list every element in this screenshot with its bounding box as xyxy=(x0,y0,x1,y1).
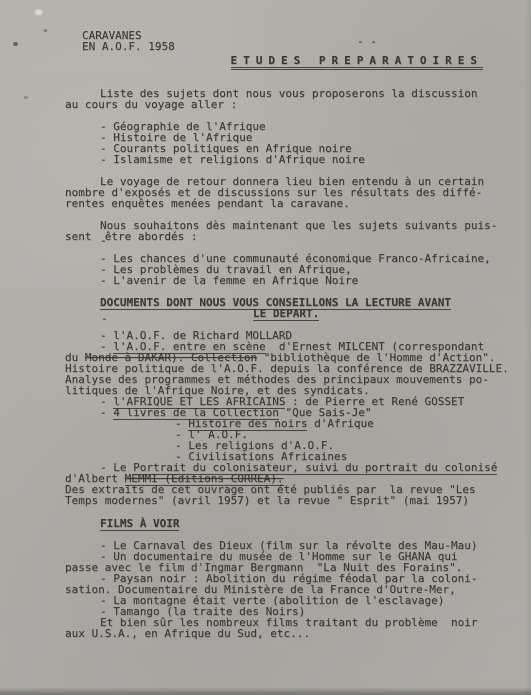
documents-list: - l'A.O.F. de Richard MOLLARD - l'A.O.F.… xyxy=(65,330,491,506)
films-list: - Le Carnaval des Dieux (film sur la rév… xyxy=(65,540,491,639)
doc-title-block: CARAVANES EN A.O.F. 1958 xyxy=(82,30,491,52)
wish-paragraph: Nous souhaitons dès maintenant que les s… xyxy=(65,220,491,242)
document-content: CARAVANES EN A.O.F. 1958 ETUDES PREPARAT… xyxy=(0,0,531,695)
documents-section: DOCUMENTS DONT NOUS VOUS CONSEILLONS LA … xyxy=(65,297,491,319)
doc-title-line2: EN A.O.F. 1958 xyxy=(82,41,491,52)
paper-edge-shade xyxy=(525,0,531,695)
document-page: - - - - CARAVANES EN A.O.F. 1958 ETUDES … xyxy=(0,0,531,695)
main-heading-block: ETUDES PREPARATOIRES xyxy=(65,55,491,74)
wish-list: - Les chances d'une communauté économiqu… xyxy=(65,253,491,286)
intro-paragraph: Liste des sujets dont nous vous proposer… xyxy=(65,88,491,110)
item-text: d'Afrique xyxy=(307,417,373,430)
section-heading-text: FILMS À VOIR xyxy=(100,517,179,531)
section-heading-text: LE DEPART. xyxy=(253,307,319,321)
item-text: - xyxy=(100,406,113,419)
films-section: FILMS À VOIR xyxy=(65,518,491,529)
return-paragraph: Le voyage de retour donnera lieu bien en… xyxy=(65,176,491,209)
paper-bottom-shadow xyxy=(0,687,531,695)
paragraph-line: rentes enquêtes menées pendant la carava… xyxy=(65,198,491,209)
paragraph-line: sent être abordés : xyxy=(65,231,491,242)
subject-list: - Géographie de l'Afrique - Histoire de … xyxy=(65,121,491,165)
section-heading-films: FILMS À VOIR xyxy=(100,518,491,529)
list-item: - Islamisme et religions d'Afrique noire xyxy=(100,154,491,165)
closing-line: aux U.S.A., en Afrique du Sud, etc... xyxy=(65,628,491,639)
main-heading: ETUDES PREPARATOIRES xyxy=(231,55,483,70)
list-item: - L'avenir de la femme en Afrique Noire xyxy=(100,275,491,286)
note-line: Temps modernes" (avril 1957) et la revue… xyxy=(65,495,491,506)
paragraph-line: au cours du voyage aller : xyxy=(65,99,491,110)
